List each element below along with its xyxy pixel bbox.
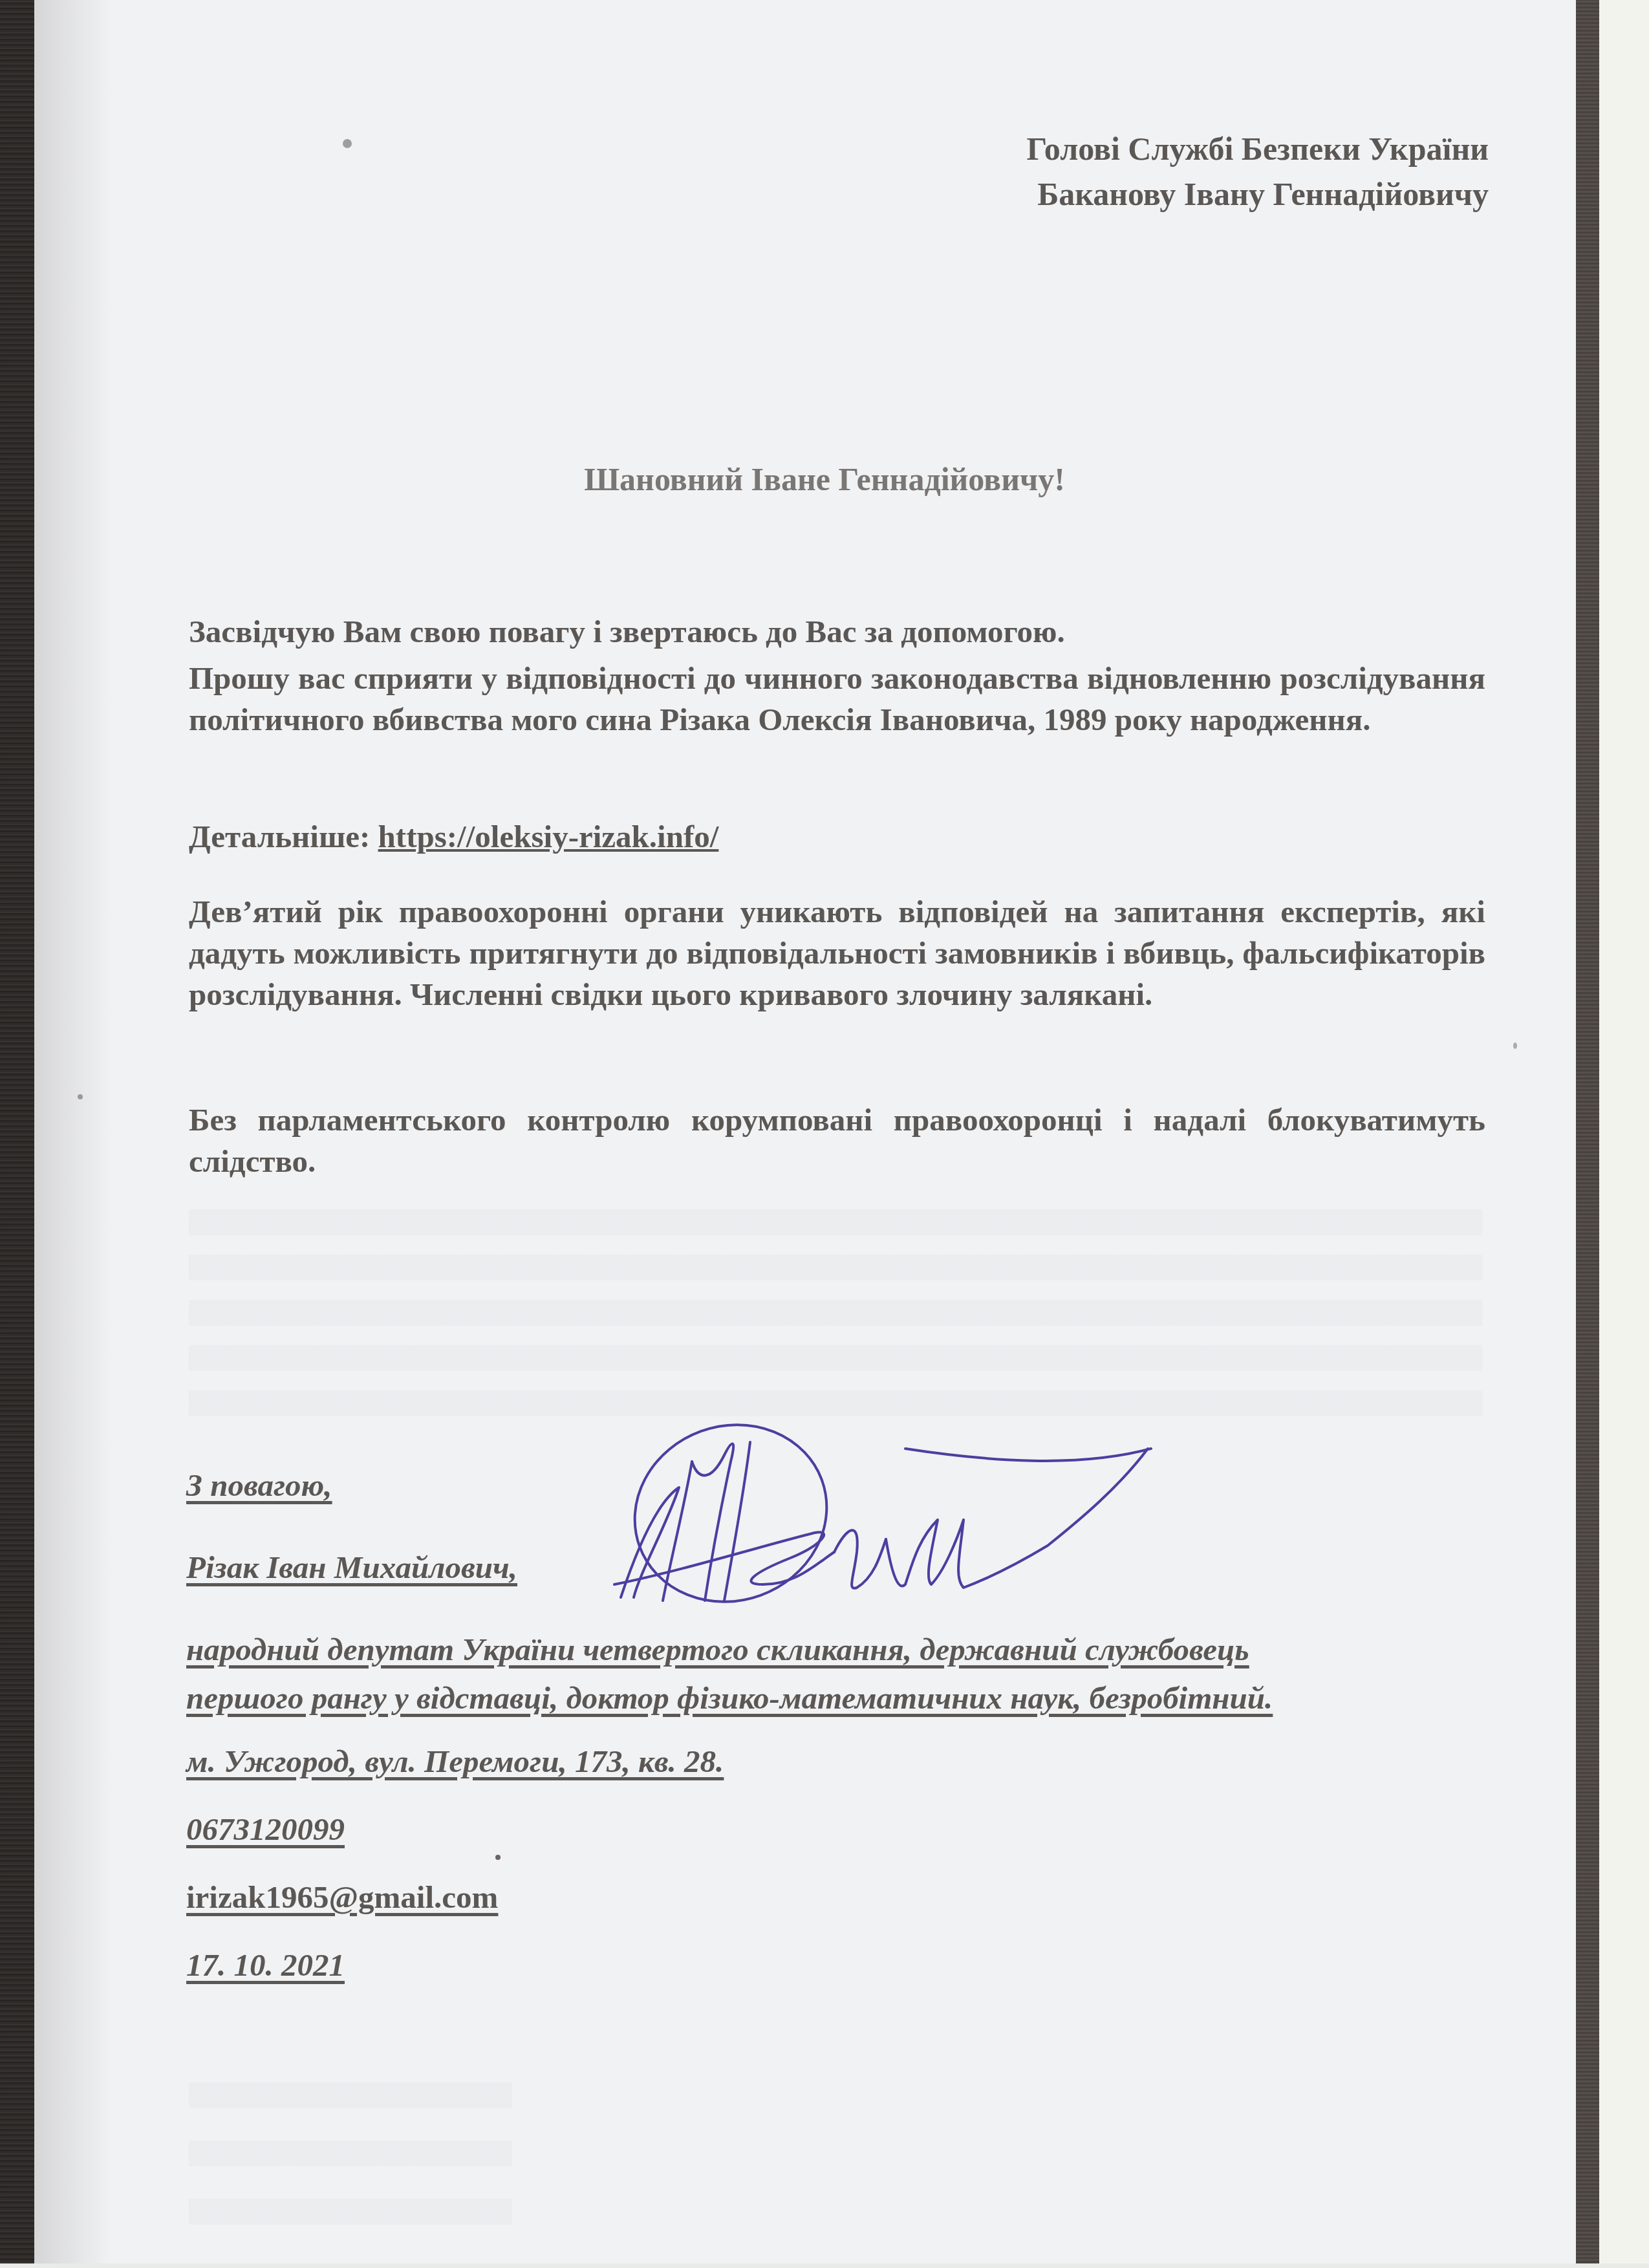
signer-address: м. Ужгород, вул. Перемоги, 173, кв. 28. [186, 1743, 724, 1780]
dust-speck [78, 1094, 83, 1099]
paragraph-request: Засвідчую Вам свою повагу і звертаюсь до… [189, 611, 1485, 746]
bleed-through-block [189, 1209, 1482, 1416]
scan-edge-right [1576, 0, 1599, 2263]
letter-date: 17. 10. 2021 [186, 1947, 345, 1983]
addressee-block: Голові Службі Безпеки України Баканову І… [1026, 126, 1489, 217]
scan-margin-right [1599, 0, 1649, 2268]
salutation: Шановний Іване Геннадійовичу! [0, 460, 1649, 498]
signer-name: Різак Іван Михайлович, [186, 1549, 517, 1586]
paragraph-parliamentary-control: Без парламентського контролю корумповані… [189, 1099, 1485, 1182]
details-label: Детальніше: [189, 819, 378, 854]
signer-title-line-1: народний депутат України четвертого скли… [186, 1631, 1249, 1668]
paragraph-respect: Засвідчую Вам свою повагу і звертаюсь до… [189, 611, 1485, 653]
closing-phrase: З повагою, [186, 1467, 332, 1504]
details-link[interactable]: https://oleksiy-rizak.info/ [378, 819, 719, 854]
dust-speck [343, 139, 352, 148]
scan-edge-left [0, 0, 34, 2263]
signer-phone: 0673120099 [186, 1811, 345, 1848]
signer-title-line-2: першого рангу у відставці, доктор фізико… [186, 1679, 1273, 1716]
handwritten-signature [601, 1423, 1170, 1610]
addressee-name: Баканову Івану Геннадійовичу [1026, 171, 1489, 217]
addressee-title: Голові Службі Безпеки України [1026, 126, 1489, 171]
dust-speck [1513, 1042, 1517, 1049]
scan-shadow-left [34, 0, 112, 2263]
paragraph-nine-years: Дев’ятий рік правоохоронні органи уникаю… [189, 891, 1485, 1015]
dust-speck [495, 1855, 501, 1860]
paragraph-details: Детальніше: https://oleksiy-rizak.info/ [189, 816, 1485, 858]
paragraph-investigation-request: Прошу вас сприяти у відповідності до чин… [189, 658, 1485, 740]
signer-email[interactable]: irizak1965@gmail.com [186, 1879, 498, 1916]
scan-edge-bottom [0, 2263, 1649, 2268]
bleed-through-block [189, 2082, 512, 2238]
